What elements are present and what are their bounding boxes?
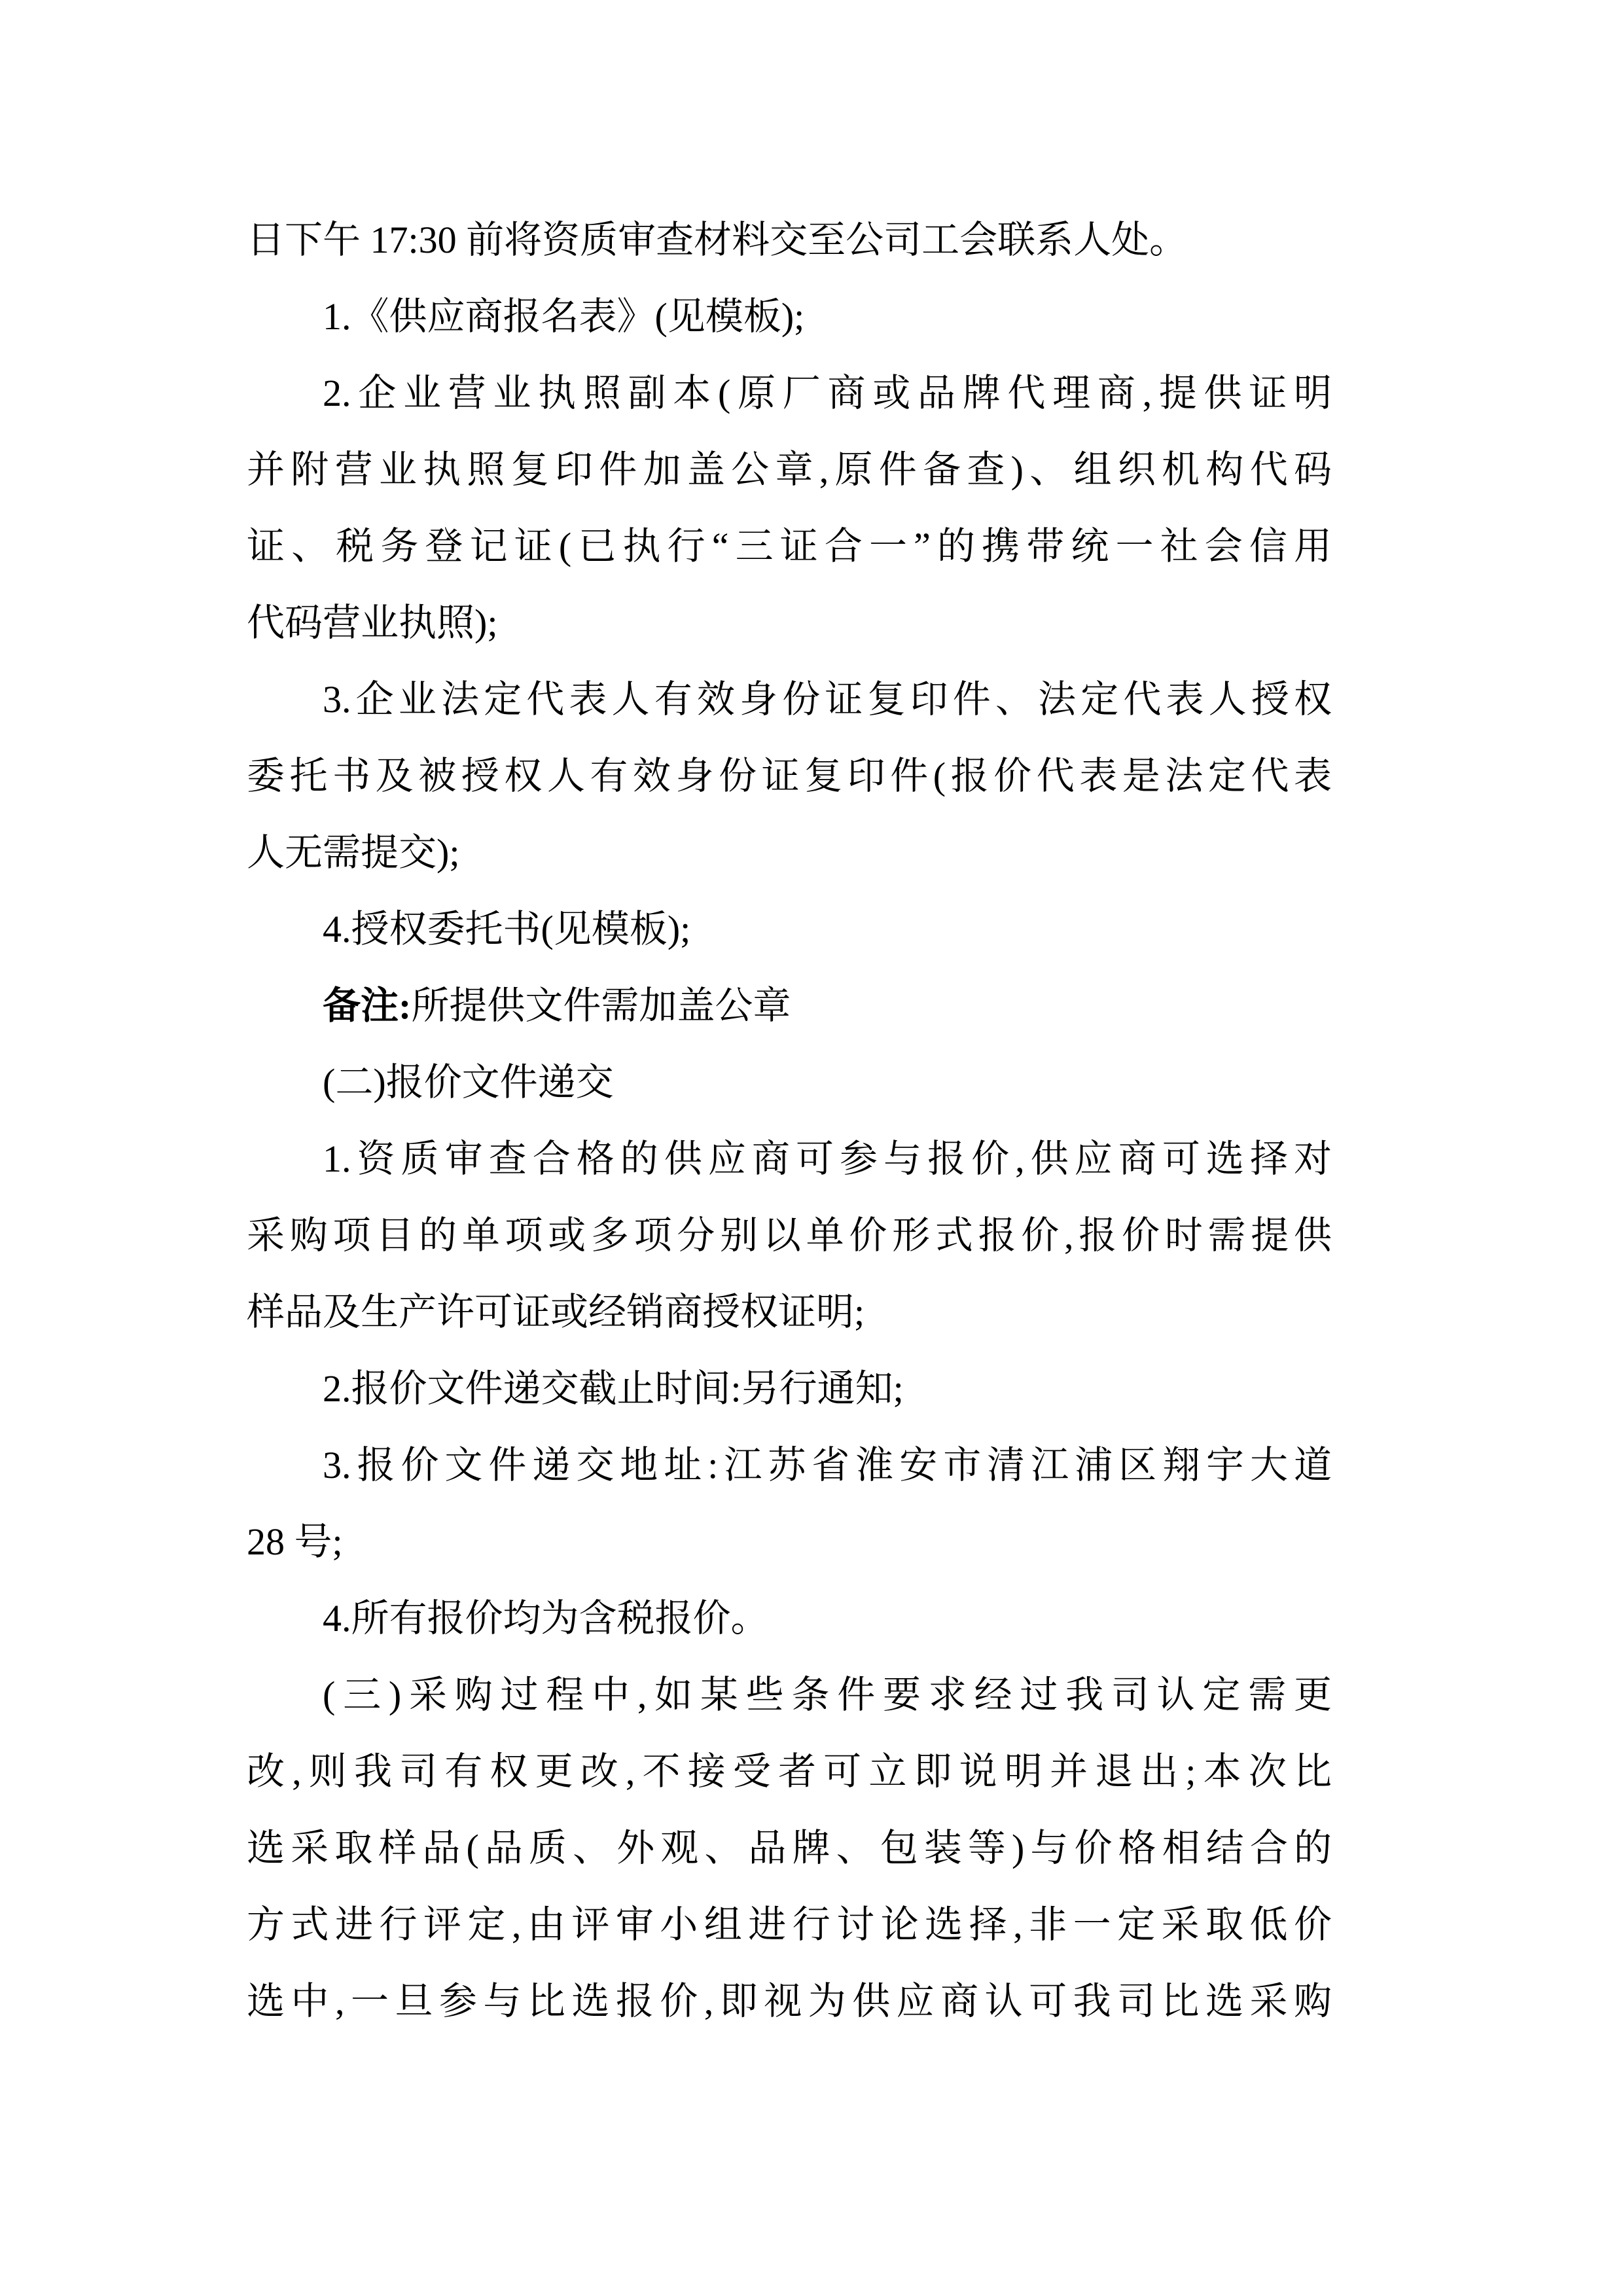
text-line: 备注:所提供文件需加盖公章 — [247, 967, 1332, 1044]
text-line: 选采取样品(品质、外观、品牌、包装等)与价格相结合的 — [247, 1810, 1332, 1886]
text-line: 方式进行评定,由评审小组进行讨论选择,非一定采取低价 — [247, 1886, 1332, 1963]
text-line: (二)报价文件递交 — [247, 1044, 1332, 1121]
text-line: 证、税务登记证(已执行“三证合一”的携带统一社会信用 — [247, 508, 1332, 584]
text-line: 改,则我司有权更改,不接受者可立即说明并退出;本次比 — [247, 1733, 1332, 1810]
text-line: 3.企业法定代表人有效身份证复印件、法定代表人授权 — [247, 661, 1332, 738]
bold-label: 备注: — [323, 984, 411, 1027]
text-line: 并附营业执照复印件加盖公章,原件备查)、组织机构代码 — [247, 431, 1332, 508]
text-line: 3.报价文件递交地址:江苏省淮安市清江浦区翔宇大道 — [247, 1427, 1332, 1503]
text-line: 1.《供应商报名表》(见模板); — [247, 278, 1332, 355]
text-line: 采购项目的单项或多项分别以单价形式报价,报价时需提供 — [247, 1197, 1332, 1274]
document-text-block: 日下午 17:30 前将资质审查材料交至公司工会联系人处。1.《供应商报名表》(… — [247, 202, 1332, 2039]
text-run: 所提供文件需加盖公章 — [411, 984, 791, 1027]
text-line: 样品及生产许可证或经销商授权证明; — [247, 1274, 1332, 1350]
text-line: 代码营业执照); — [247, 584, 1332, 661]
text-line: 日下午 17:30 前将资质审查材料交至公司工会联系人处。 — [247, 202, 1332, 278]
text-line: 1.资质审查合格的供应商可参与报价,供应商可选择对 — [247, 1121, 1332, 1197]
text-line: 人无需提交); — [247, 814, 1332, 891]
text-line: 4.授权委托书(见模板); — [247, 891, 1332, 967]
document-page: 日下午 17:30 前将资质审查材料交至公司工会联系人处。1.《供应商报名表》(… — [0, 0, 1623, 2296]
text-line: 选中,一旦参与比选报价,即视为供应商认可我司比选采购 — [247, 1963, 1332, 2039]
text-line: 2.企业营业执照副本(原厂商或品牌代理商,提供证明 — [247, 355, 1332, 431]
text-line: 4.所有报价均为含税报价。 — [247, 1580, 1332, 1657]
text-line: (三)采购过程中,如某些条件要求经过我司认定需更 — [247, 1657, 1332, 1733]
text-line: 委托书及被授权人有效身份证复印件(报价代表是法定代表 — [247, 738, 1332, 814]
text-line: 2.报价文件递交截止时间:另行通知; — [247, 1350, 1332, 1427]
text-line: 28 号; — [247, 1503, 1332, 1580]
